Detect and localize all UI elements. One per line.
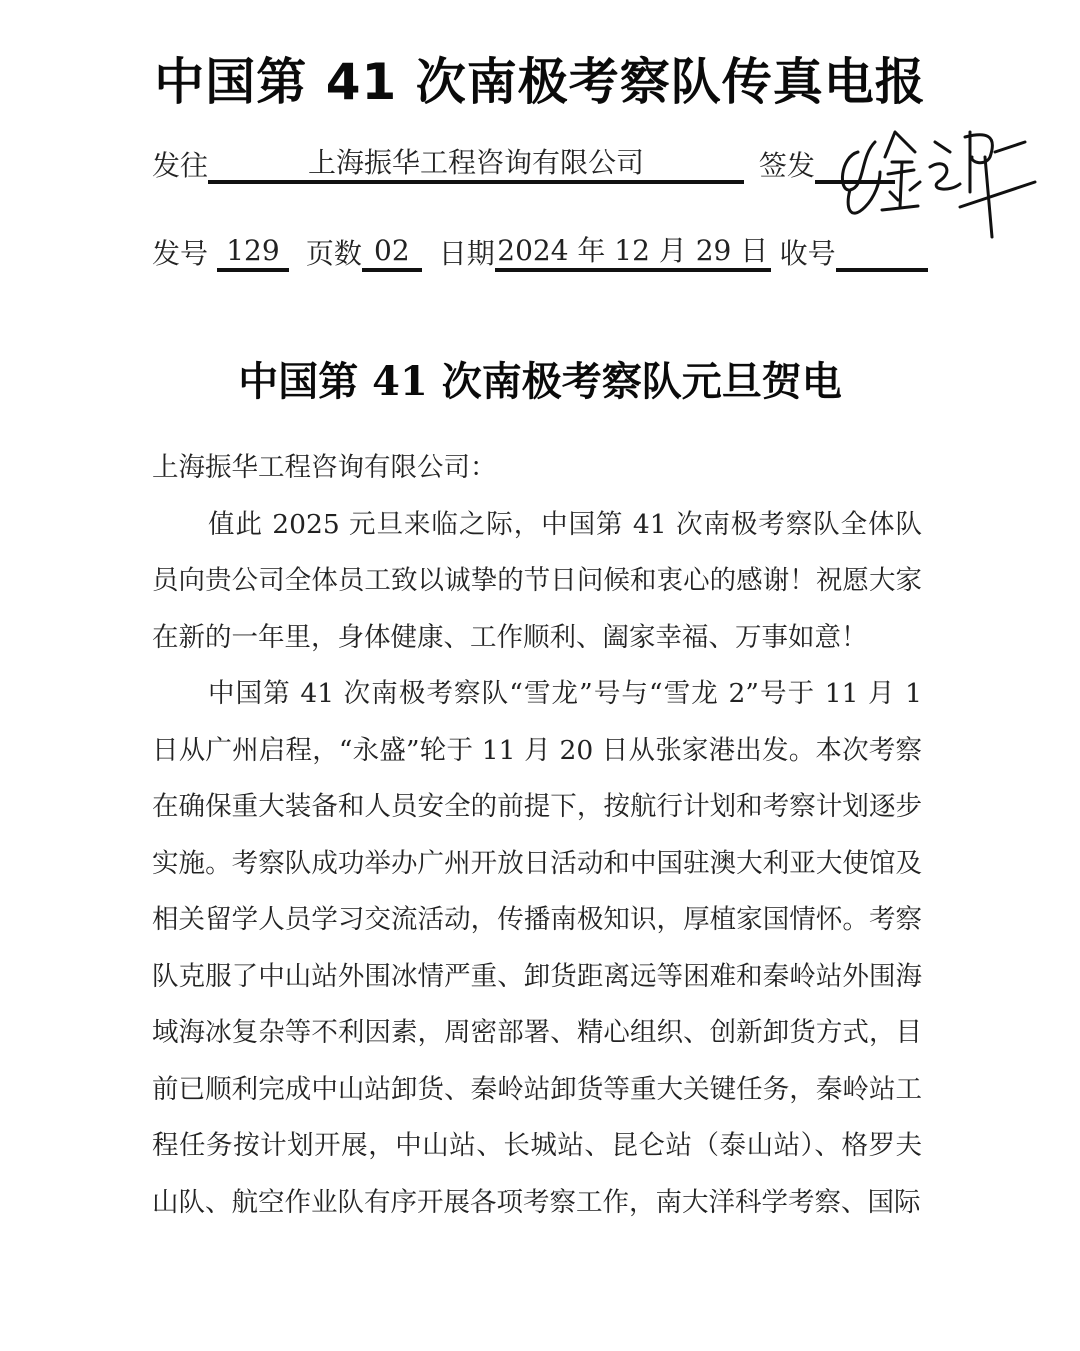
fax-row-meta: 发号 129 页数02 日期2024 年 12 月 29 日 收号 [152, 232, 928, 272]
pages-label: 页数 [306, 237, 362, 270]
letter-paragraph: 中国第 41 次南极考察队“雪龙”号与“雪龙 2”号于 11 月 1 日从广州启… [152, 666, 922, 1231]
letter-salutation: 上海振华工程咨询有限公司： [152, 440, 922, 497]
signer-label: 签发 [759, 149, 815, 182]
recv-no-value [836, 268, 928, 272]
fax-row-recipient: 发往上海振华工程咨询有限公司 签发 [152, 144, 895, 184]
letter-body: 上海振华工程咨询有限公司： 值此 2025 元旦来临之际，中国第 41 次南极考… [152, 440, 922, 1231]
date-value: 2024 年 12 月 29 日 [495, 234, 771, 272]
fax-header-title: 中国第 41 次南极考察队传真电报 [0, 42, 1080, 114]
to-label: 发往 [152, 149, 208, 182]
letter-title: 中国第 41 次南极考察队元旦贺电 [0, 350, 1080, 407]
send-no-value: 129 [217, 234, 289, 272]
send-no-label: 发号 [152, 237, 208, 270]
letter-paragraph: 值此 2025 元旦来临之际，中国第 41 次南极考察队全体队员向贵公司全体员工… [152, 497, 922, 667]
pages-value: 02 [362, 234, 422, 272]
date-label: 日期 [439, 237, 495, 270]
to-value: 上海振华工程咨询有限公司 [208, 146, 744, 184]
recv-no-label: 收号 [780, 237, 836, 270]
handwritten-signature [820, 112, 1040, 242]
